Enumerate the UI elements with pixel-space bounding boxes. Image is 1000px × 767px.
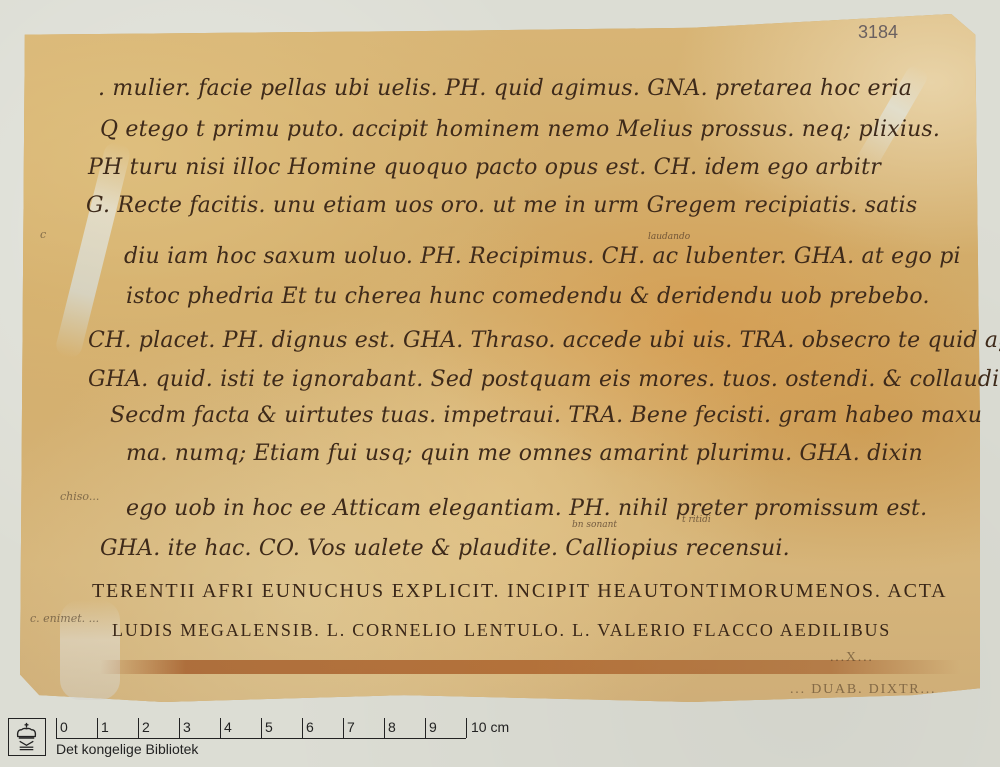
scale-tick-6: 6 [302, 718, 303, 738]
partial-bottom-line-1: ...X... [830, 650, 874, 666]
scale-tick-10 [466, 718, 467, 738]
manuscript-line-8: GHA. quid. isti te ignorabant. Sed postq… [88, 367, 999, 392]
scale-end-label: 10 cm [471, 720, 509, 734]
scale-footer: 0 1 2 3 4 5 6 7 8 9 10 cm Det kongelige … [8, 716, 608, 760]
manuscript-line-5: diu iam hoc saxum uoluo. PH. Recipimus. … [124, 244, 961, 269]
interlinear-gloss-3: t ritidi [682, 515, 711, 525]
scale-tick-0: 0 [56, 718, 57, 738]
partial-bottom-line-2: ... DUAB. DIXTR... [790, 682, 936, 698]
manuscript-line-9: Secdm facta & uirtutes tuas. impetraui. … [110, 403, 982, 428]
scale-tick-4: 4 [220, 718, 221, 738]
colophon-line-1: TERENTII AFRI EUNUCHUS EXPLICIT. INCIPIT… [92, 580, 947, 603]
scale-tick-8: 8 [384, 718, 385, 738]
crown-icon [9, 719, 44, 754]
library-name: Det kongelige Bibliotek [56, 742, 198, 756]
manuscript-line-7: CH. placet. PH. dignus est. GHA. Thraso.… [88, 328, 1000, 353]
manuscript-line-12: GHA. ite hac. CO. Vos ualete & plaudite.… [100, 536, 790, 561]
scale-tick-2: 2 [138, 718, 139, 738]
manuscript-line-4: G. Recte facitis. unu etiam uos oro. ut … [86, 193, 917, 218]
centimeter-scale-ruler: 0 1 2 3 4 5 6 7 8 9 [56, 718, 466, 739]
margin-note-3: chiso... [60, 490, 99, 503]
shelfmark-number: 3184 [858, 22, 898, 43]
scale-tick-1: 1 [97, 718, 98, 738]
scale-tick-9: 9 [425, 718, 426, 738]
crown-k-logo-icon [8, 718, 46, 756]
scale-tick-7: 7 [343, 718, 344, 738]
margin-note-1: c [40, 228, 46, 241]
interlinear-gloss-2: bn sonant [572, 520, 617, 530]
manuscript-line-10: ma. numq; Etiam fui usq; quin me omnes a… [126, 441, 923, 466]
scale-tick-3: 3 [179, 718, 180, 738]
manuscript-line-2: Q etego t primu puto. accipit hominem ne… [100, 117, 940, 142]
manuscript-line-6: istoc phedria Et tu cherea hunc comedend… [126, 284, 930, 309]
colophon-line-2: LUDIS MEGALENSIB. L. CORNELIO LENTULO. L… [112, 620, 891, 641]
manuscript-line-3: PH turu nisi illoc Homine quoquo pacto o… [88, 155, 881, 180]
manuscript-line-11: ego uob in hoc ee Atticam elegantiam. PH… [126, 496, 927, 521]
interlinear-gloss-1: laudando [648, 232, 690, 242]
margin-note-2: c. enimet. ... [30, 612, 99, 625]
manuscript-line-1: . mulier. facie pellas ubi uelis. PH. qu… [98, 76, 912, 101]
scale-tick-5: 5 [261, 718, 262, 738]
